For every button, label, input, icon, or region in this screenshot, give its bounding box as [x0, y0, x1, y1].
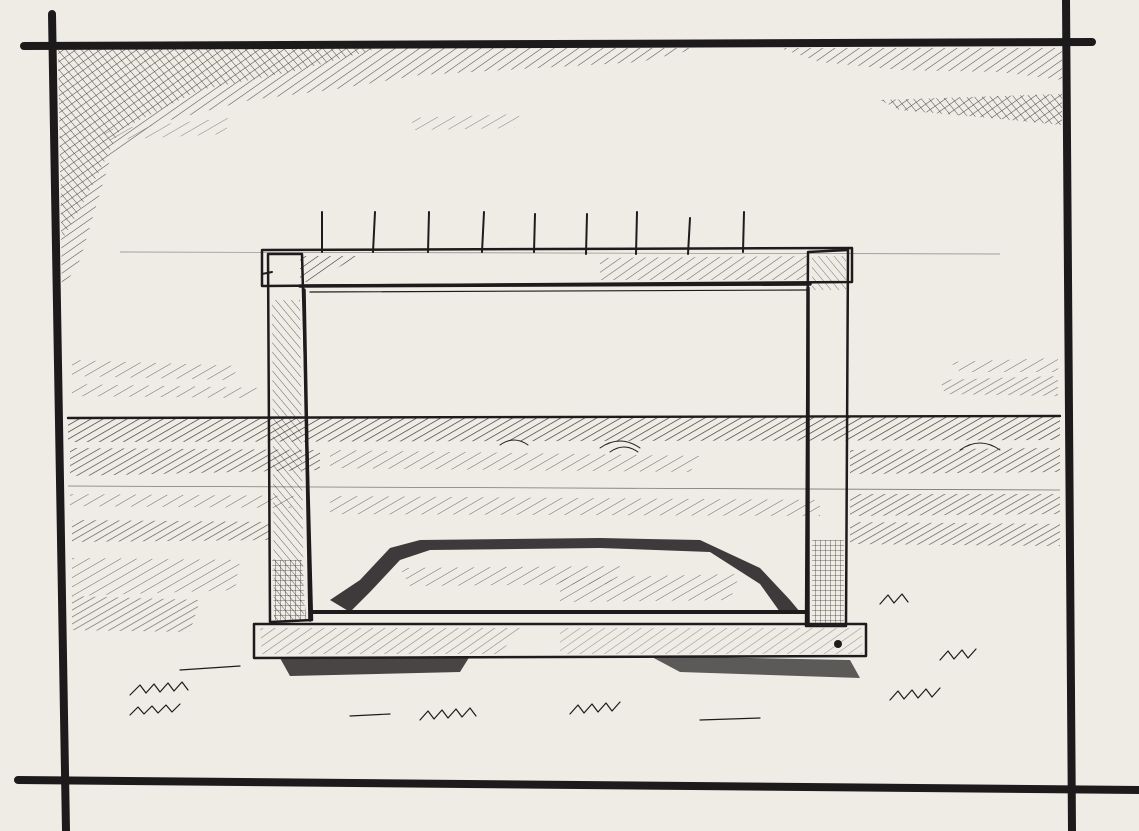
- ink-sketch-canvas: [0, 0, 1139, 831]
